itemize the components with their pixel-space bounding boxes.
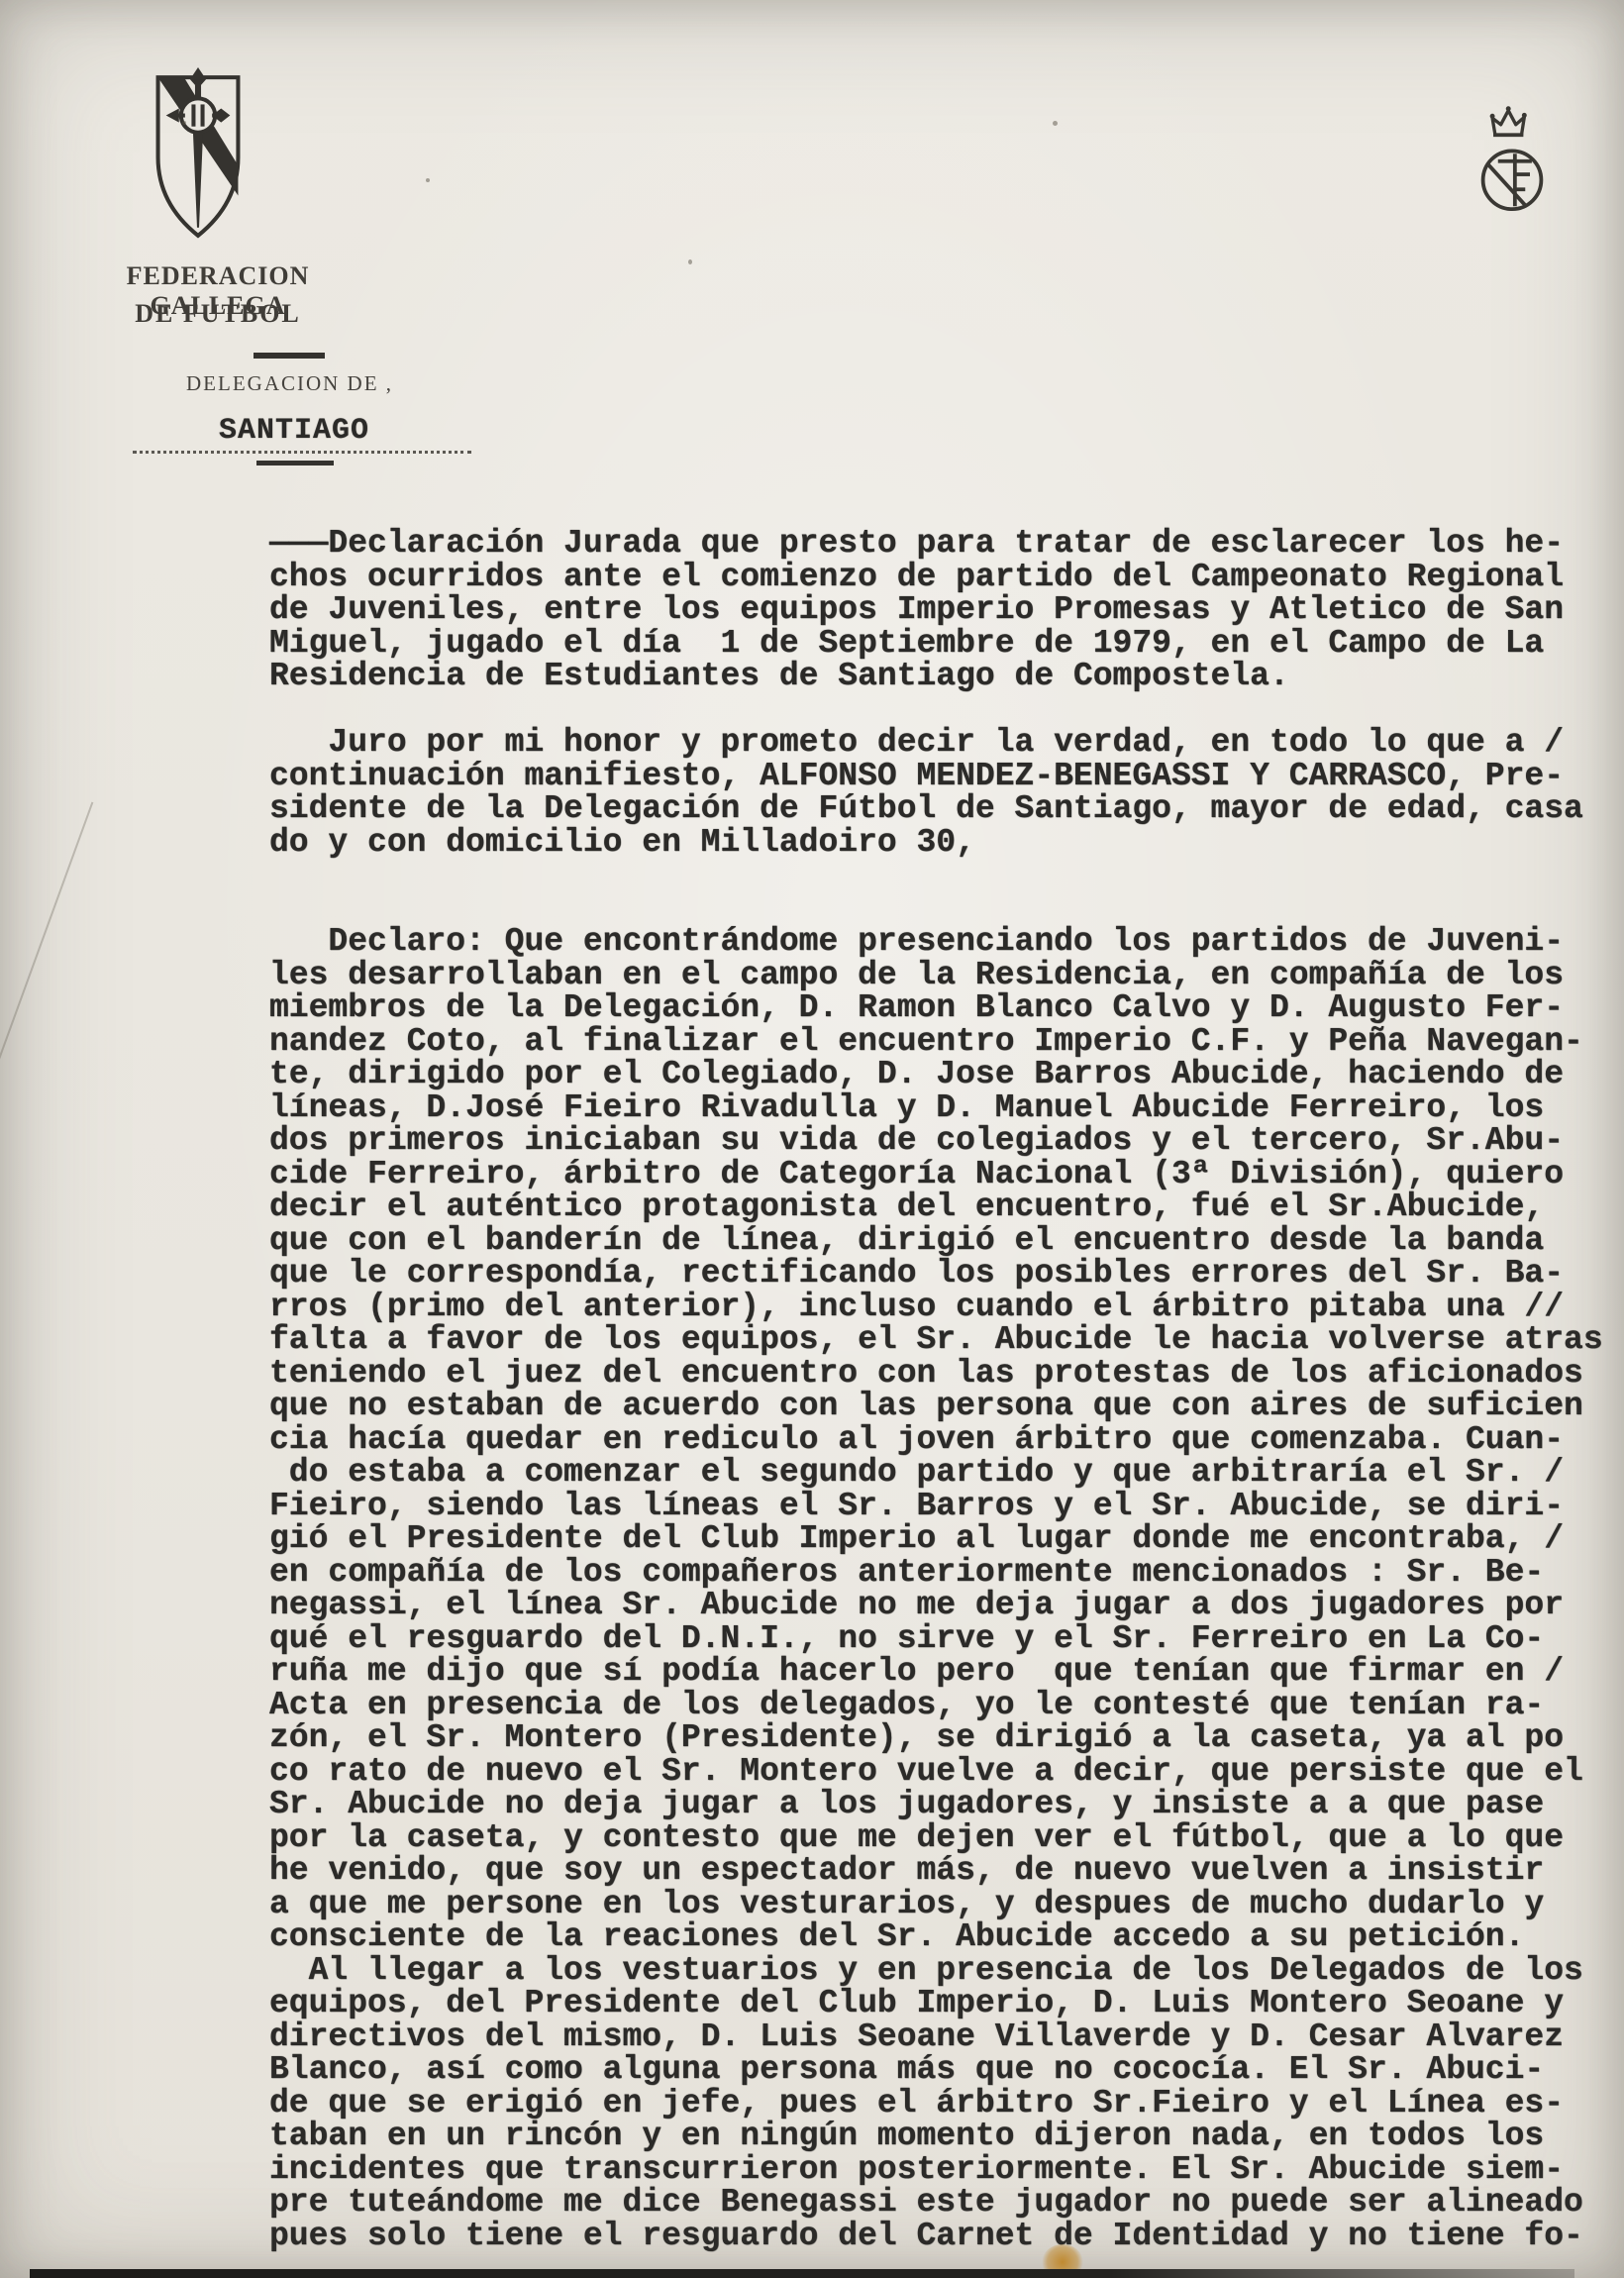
body-line: decir el auténtico protagonista del encu… (269, 1191, 1616, 1224)
body-line (269, 892, 1616, 926)
body-line: cia hacía quedar en rediculo al joven ár… (269, 1423, 1616, 1457)
body-line: te, dirigido por el Colegiado, D. Jose B… (269, 1058, 1616, 1091)
body-line: taban en un rincón y en ningún momento d… (269, 2120, 1616, 2153)
body-line: teniendo el juez del encuentro con las p… (269, 1357, 1616, 1391)
body-line: continuación manifiesto, ALFONSO MENDEZ-… (269, 760, 1616, 793)
body-line: de que se erigió en jefe, pues el árbitr… (269, 2087, 1616, 2121)
body-line: incidentes que transcurrieron posteriorm… (269, 2153, 1616, 2187)
body-line: nandez Coto, al finalizar el encuentro I… (269, 1025, 1616, 1059)
body-line: Juro por mi honor y prometo decir la ver… (269, 726, 1616, 760)
body-line: zón, el Sr. Montero (Presidente), se dir… (269, 1721, 1616, 1755)
crowned-crest-icon (1470, 103, 1555, 230)
body-line: ———Declaración Jurada que presto para tr… (269, 527, 1616, 561)
body-line: negassi, el línea Sr. Abucide no me deja… (269, 1589, 1616, 1622)
body-line: equipos, del Presidente del Club Imperio… (269, 1987, 1616, 2020)
body-line: miembros de la Delegación, D. Ramon Blan… (269, 991, 1616, 1025)
body-line: que con el banderín de línea, dirigió el… (269, 1224, 1616, 1258)
body-line: sidente de la Delegación de Fútbol de Sa… (269, 792, 1616, 826)
body-line: que le correspondía, rectificando los po… (269, 1257, 1616, 1291)
declaration-body: ———Declaración Jurada que presto para tr… (269, 527, 1616, 2252)
paper-speck (182, 121, 186, 125)
body-line: dos primeros iniciaban su vida de colegi… (269, 1124, 1616, 1158)
body-line: chos ocurridos ante el comienzo de parti… (269, 561, 1616, 594)
body-line: he venido, que soy un espectador más, de… (269, 1854, 1616, 1888)
paper-speck (1053, 121, 1058, 126)
body-line: co rato de nuevo el Sr. Montero vuelve a… (269, 1755, 1616, 1789)
body-line: directivos del mismo, D. Luis Seoane Vil… (269, 2020, 1616, 2054)
body-line: pre tuteándome me dice Benegassi este ju… (269, 2186, 1616, 2220)
body-line: les desarrollaban en el campo de la Resi… (269, 959, 1616, 992)
body-line: que no estaban de acuerdo con las person… (269, 1390, 1616, 1423)
delegation-underline-rule (256, 461, 334, 466)
body-line: Acta en presencia de los delegados, yo l… (269, 1689, 1616, 1722)
scanned-document-page: FEDERACION GALLEGA DE FUTBOL DELEGACION … (0, 0, 1624, 2278)
body-line: rros (primo del anterior), incluso cuand… (269, 1291, 1616, 1324)
paper-speck (426, 178, 430, 182)
paper-speck (688, 259, 692, 264)
delegation-label: DELEGACION DE , (186, 371, 444, 396)
body-line: Sr. Abucide no deja jugar a los jugadore… (269, 1788, 1616, 1821)
body-line: Fieiro, siendo las líneas el Sr. Barros … (269, 1490, 1616, 1523)
body-line: gió el Presidente del Club Imperio al lu… (269, 1522, 1616, 1556)
body-line: Blanco, así como alguna persona más que … (269, 2053, 1616, 2087)
delegation-dotted-line (133, 429, 471, 454)
body-line: en compañía de los compañeros anteriorme… (269, 1556, 1616, 1590)
body-line: a que me persone en los vesturarios, y d… (269, 1888, 1616, 1921)
letterhead-rule (254, 353, 325, 359)
body-line: Miguel, jugado el día 1 de Septiembre de… (269, 627, 1616, 661)
body-line: cide Ferreiro, árbitro de Categoría Naci… (269, 1158, 1616, 1191)
body-line: líneas, D.José Fieiro Rivadulla y D. Man… (269, 1091, 1616, 1125)
body-line: Al llegar a los vestuarios y en presenci… (269, 1954, 1616, 1988)
body-line: do y con domicilio en Milladoiro 30, (269, 826, 1616, 860)
body-line: por la caseta, y contesto que me dejen v… (269, 1821, 1616, 1855)
body-line (269, 693, 1616, 727)
body-line: pues solo tiene el resguardo del Carnet … (269, 2220, 1616, 2253)
body-line (269, 859, 1616, 892)
paper-scratch (0, 802, 93, 1110)
body-line: qué el resguardo del D.N.I., no sirve y … (269, 1622, 1616, 1656)
body-line: ruña me dijo que sí podía hacerlo pero q… (269, 1655, 1616, 1689)
body-line: do estaba a comenzar el segundo partido … (269, 1456, 1616, 1490)
federation-shield-icon (147, 65, 250, 246)
organization-name-line2: DE FUTBOL (91, 299, 345, 329)
body-line: falta a favor de los equipos, el Sr. Abu… (269, 1323, 1616, 1357)
body-line: Residencia de Estudiantes de Santiago de… (269, 660, 1616, 693)
body-line: de Juveniles, entre los equipos Imperio … (269, 593, 1616, 627)
scan-edge-strip (30, 2269, 1574, 2278)
body-line: consciente de la reaciones del Sr. Abuci… (269, 1920, 1616, 1954)
body-line: Declaro: Que encontrándome presenciando … (269, 925, 1616, 959)
